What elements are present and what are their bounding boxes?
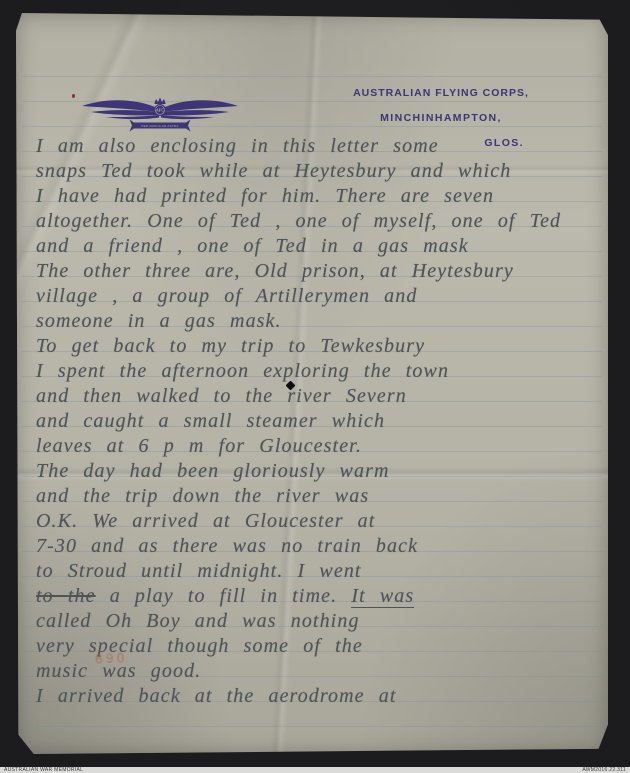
handwriting-line: To get back to my trip to Tewkesbury [36, 334, 602, 359]
archive-name: AUSTRALIAN WAR MEMORIAL [4, 767, 83, 773]
red-speck [72, 94, 75, 98]
handwriting-line: and caught a small steamer which [36, 409, 602, 434]
handwriting-segment: The day had been gloriously warm [36, 460, 390, 482]
handwriting-segment: I am also enclosing in this letter some [36, 135, 439, 157]
handwritten-text: I am also enclosing in this letter somes… [36, 134, 602, 709]
handwriting-segment: and caught a small steamer which [36, 410, 385, 432]
emblem-monogram: AFC [156, 108, 164, 113]
handwriting-segment: The other three are, Old prison, at Heyt… [36, 260, 514, 282]
handwriting-segment: 7-30 and as there was no train back [36, 535, 418, 557]
handwriting-line: village , a group of Artillerymen and [36, 284, 602, 309]
handwriting-segment: and then walked to the river Severn [36, 385, 407, 407]
handwriting-line: leaves at 6 p m for Gloucester. [36, 434, 602, 459]
emblem-motto: PER ARDUA AD ASTRA [141, 124, 178, 128]
archive-footer: AUSTRALIAN WAR MEMORIAL AWM2016.22.311 [0, 767, 630, 773]
handwriting-line: snaps Ted took while at Heytesbury and w… [36, 159, 602, 184]
afc-wings-emblem: AFC PER ARDUA AD ASTRA [80, 95, 240, 134]
handwriting-segment: I spent the afternoon exploring the town [36, 360, 449, 382]
handwriting-segment: To get back to my trip to Tewkesbury [36, 335, 425, 357]
handwriting-segment: and the trip down the river was [36, 485, 369, 507]
handwriting-segment: leaves at 6 p m for Gloucester. [36, 435, 362, 457]
handwriting-line: I have had printed for him. There are se… [36, 184, 602, 209]
handwriting-line: and the trip down the river was [36, 484, 602, 509]
handwriting-line: The other three are, Old prison, at Heyt… [36, 259, 602, 284]
handwriting-line: I arrived back at the aerodrome at [36, 684, 602, 709]
handwriting-segment: altogether. One of Ted , one of myself, … [36, 210, 561, 232]
handwriting-segment: O.K. We arrived at Gloucester at [36, 510, 375, 532]
handwriting-line: I spent the afternoon exploring the town [36, 359, 602, 384]
letterhead-town: MINCHINHAMPTON, [336, 106, 546, 131]
stamp-number: 690 [95, 649, 128, 666]
handwriting-line: 7-30 and as there was no train back [36, 534, 602, 559]
letterhead-org: AUSTRALIAN FLYING CORPS, [336, 81, 546, 106]
handwriting-segment: to Stroud until midnight. I went [36, 560, 362, 582]
handwriting-segment: someone in a gas mask. [36, 310, 282, 332]
underlined-text: It was [351, 585, 414, 608]
handwriting-line: altogether. One of Ted , one of myself, … [36, 209, 602, 234]
handwriting-segment: village , a group of Artillerymen and [36, 285, 417, 307]
handwriting-line: to the a play to fill in time. It was [36, 584, 602, 609]
handwriting-line: and then walked to the river Severn [36, 384, 602, 409]
struck-text: to the [36, 585, 96, 607]
handwriting-line: to Stroud until midnight. I went [36, 559, 602, 584]
handwriting-line: O.K. We arrived at Gloucester at [36, 509, 602, 534]
accession-id: AWM2016.22.311 [582, 767, 626, 773]
handwriting-segment: I have had printed for him. There are se… [36, 185, 494, 207]
letter-page: AFC PER ARDUA AD ASTRA AUSTRALIAN FLYING… [16, 13, 608, 754]
handwriting-line: someone in a gas mask. [36, 309, 602, 334]
handwriting-segment: very special though some of the [36, 635, 363, 657]
handwriting-segment: called Oh Boy and was nothing [36, 610, 360, 632]
handwriting-segment: a play to fill in time. [96, 585, 352, 607]
handwriting-line: The day had been gloriously warm [36, 459, 602, 484]
handwriting-segment: I arrived back at the aerodrome at [36, 685, 397, 707]
handwriting-line: called Oh Boy and was nothing [36, 609, 602, 634]
handwriting-segment: snaps Ted took while at Heytesbury and w… [36, 160, 511, 182]
handwriting-line: and a friend , one of Ted in a gas mask [36, 234, 602, 259]
handwriting-segment: and a friend , one of Ted in a gas mask [36, 235, 469, 257]
handwriting-line: I am also enclosing in this letter some [36, 134, 602, 159]
scan-background: AFC PER ARDUA AD ASTRA AUSTRALIAN FLYING… [0, 0, 630, 773]
